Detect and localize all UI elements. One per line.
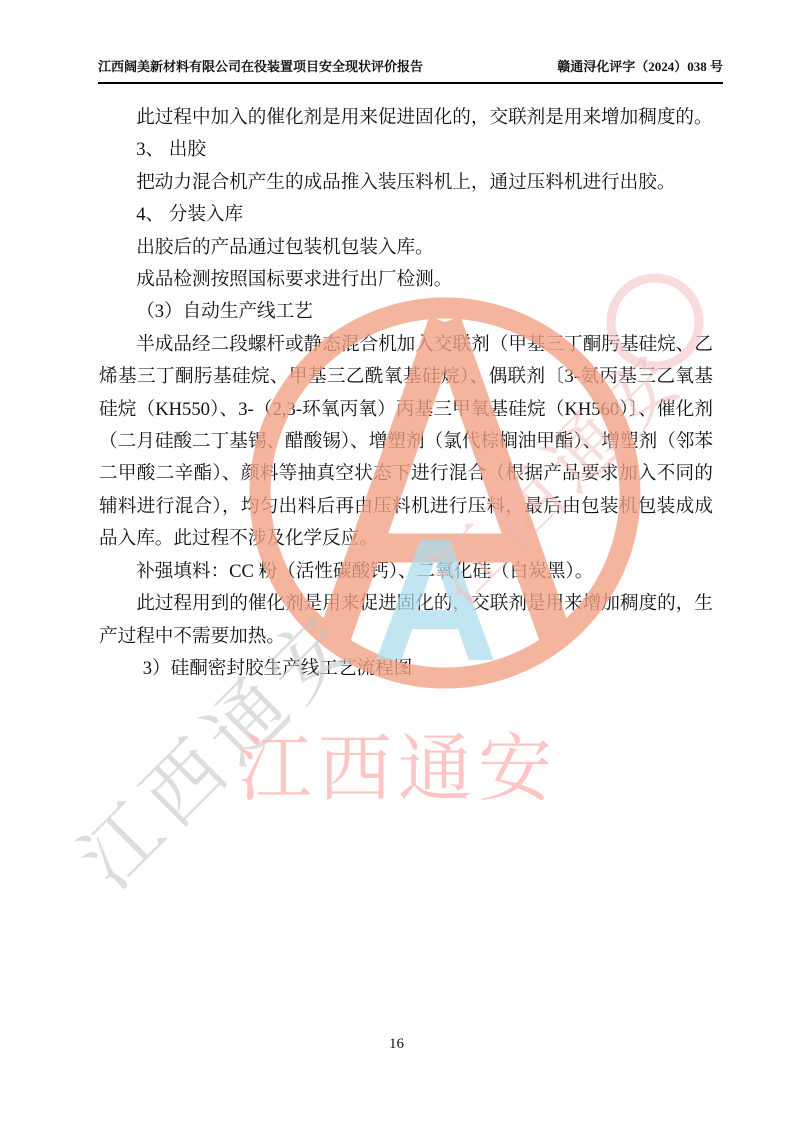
paragraph-step3-heading: 3、 出胶 xyxy=(99,134,713,166)
paragraph-step4-heading: 4、 分装入库 xyxy=(99,199,713,231)
paragraph-step3-body: 把动力混合机产生的成品推入装压料机上，通过压料机进行出胶。 xyxy=(99,167,713,199)
page-number: 16 xyxy=(389,1036,404,1052)
paragraph-inspection: 成品检测按照国标要求进行出厂检测。 xyxy=(99,264,713,296)
header-doc-number: 赣通浔化评字（2024）038 号 xyxy=(557,58,723,76)
paragraph-catalyst-note-2: 此过程用到的催化剂是用来促进固化的，交联剂是用来增加稠度的，生产过程中不需要加热… xyxy=(99,588,713,653)
paragraph-auto-line-process: 半成品经二段螺杆或静态混合机加入交联剂（甲基三丁酮肟基硅烷、乙烯基三丁酮肟基硅烷… xyxy=(99,329,713,556)
header-report-title: 江西阔美新材料有限公司在役装置项目安全现状评价报告 xyxy=(98,58,423,76)
paragraph-auto-line-heading: （3）自动生产线工艺 xyxy=(99,296,713,328)
paragraph-step4-body: 出胶后的产品通过包装机包装入库。 xyxy=(99,232,713,264)
page-footer: 16 xyxy=(0,1036,793,1053)
paragraph-filler: 补强填料：CC 粉（活性碳酸钙）、二氧化硅（白炭黑）。 xyxy=(99,556,713,588)
paragraph-flowchart-heading: 3）硅酮密封胶生产线工艺流程图 xyxy=(99,653,713,685)
horizontal-brand-watermark: 江西通安 xyxy=(238,733,558,807)
paragraph-catalyst-note: 此过程中加入的催化剂是用来促进固化的，交联剂是用来增加稠度的。 xyxy=(99,102,713,134)
document-page: 江西阔美新材料有限公司在役装置项目安全现状评价报告 赣通浔化评字（2024）03… xyxy=(0,0,793,1122)
page-header: 江西阔美新材料有限公司在役装置项目安全现状评价报告 赣通浔化评字（2024）03… xyxy=(98,58,723,84)
document-body: 此过程中加入的催化剂是用来促进固化的，交联剂是用来增加稠度的。 3、 出胶 把动… xyxy=(99,102,713,685)
